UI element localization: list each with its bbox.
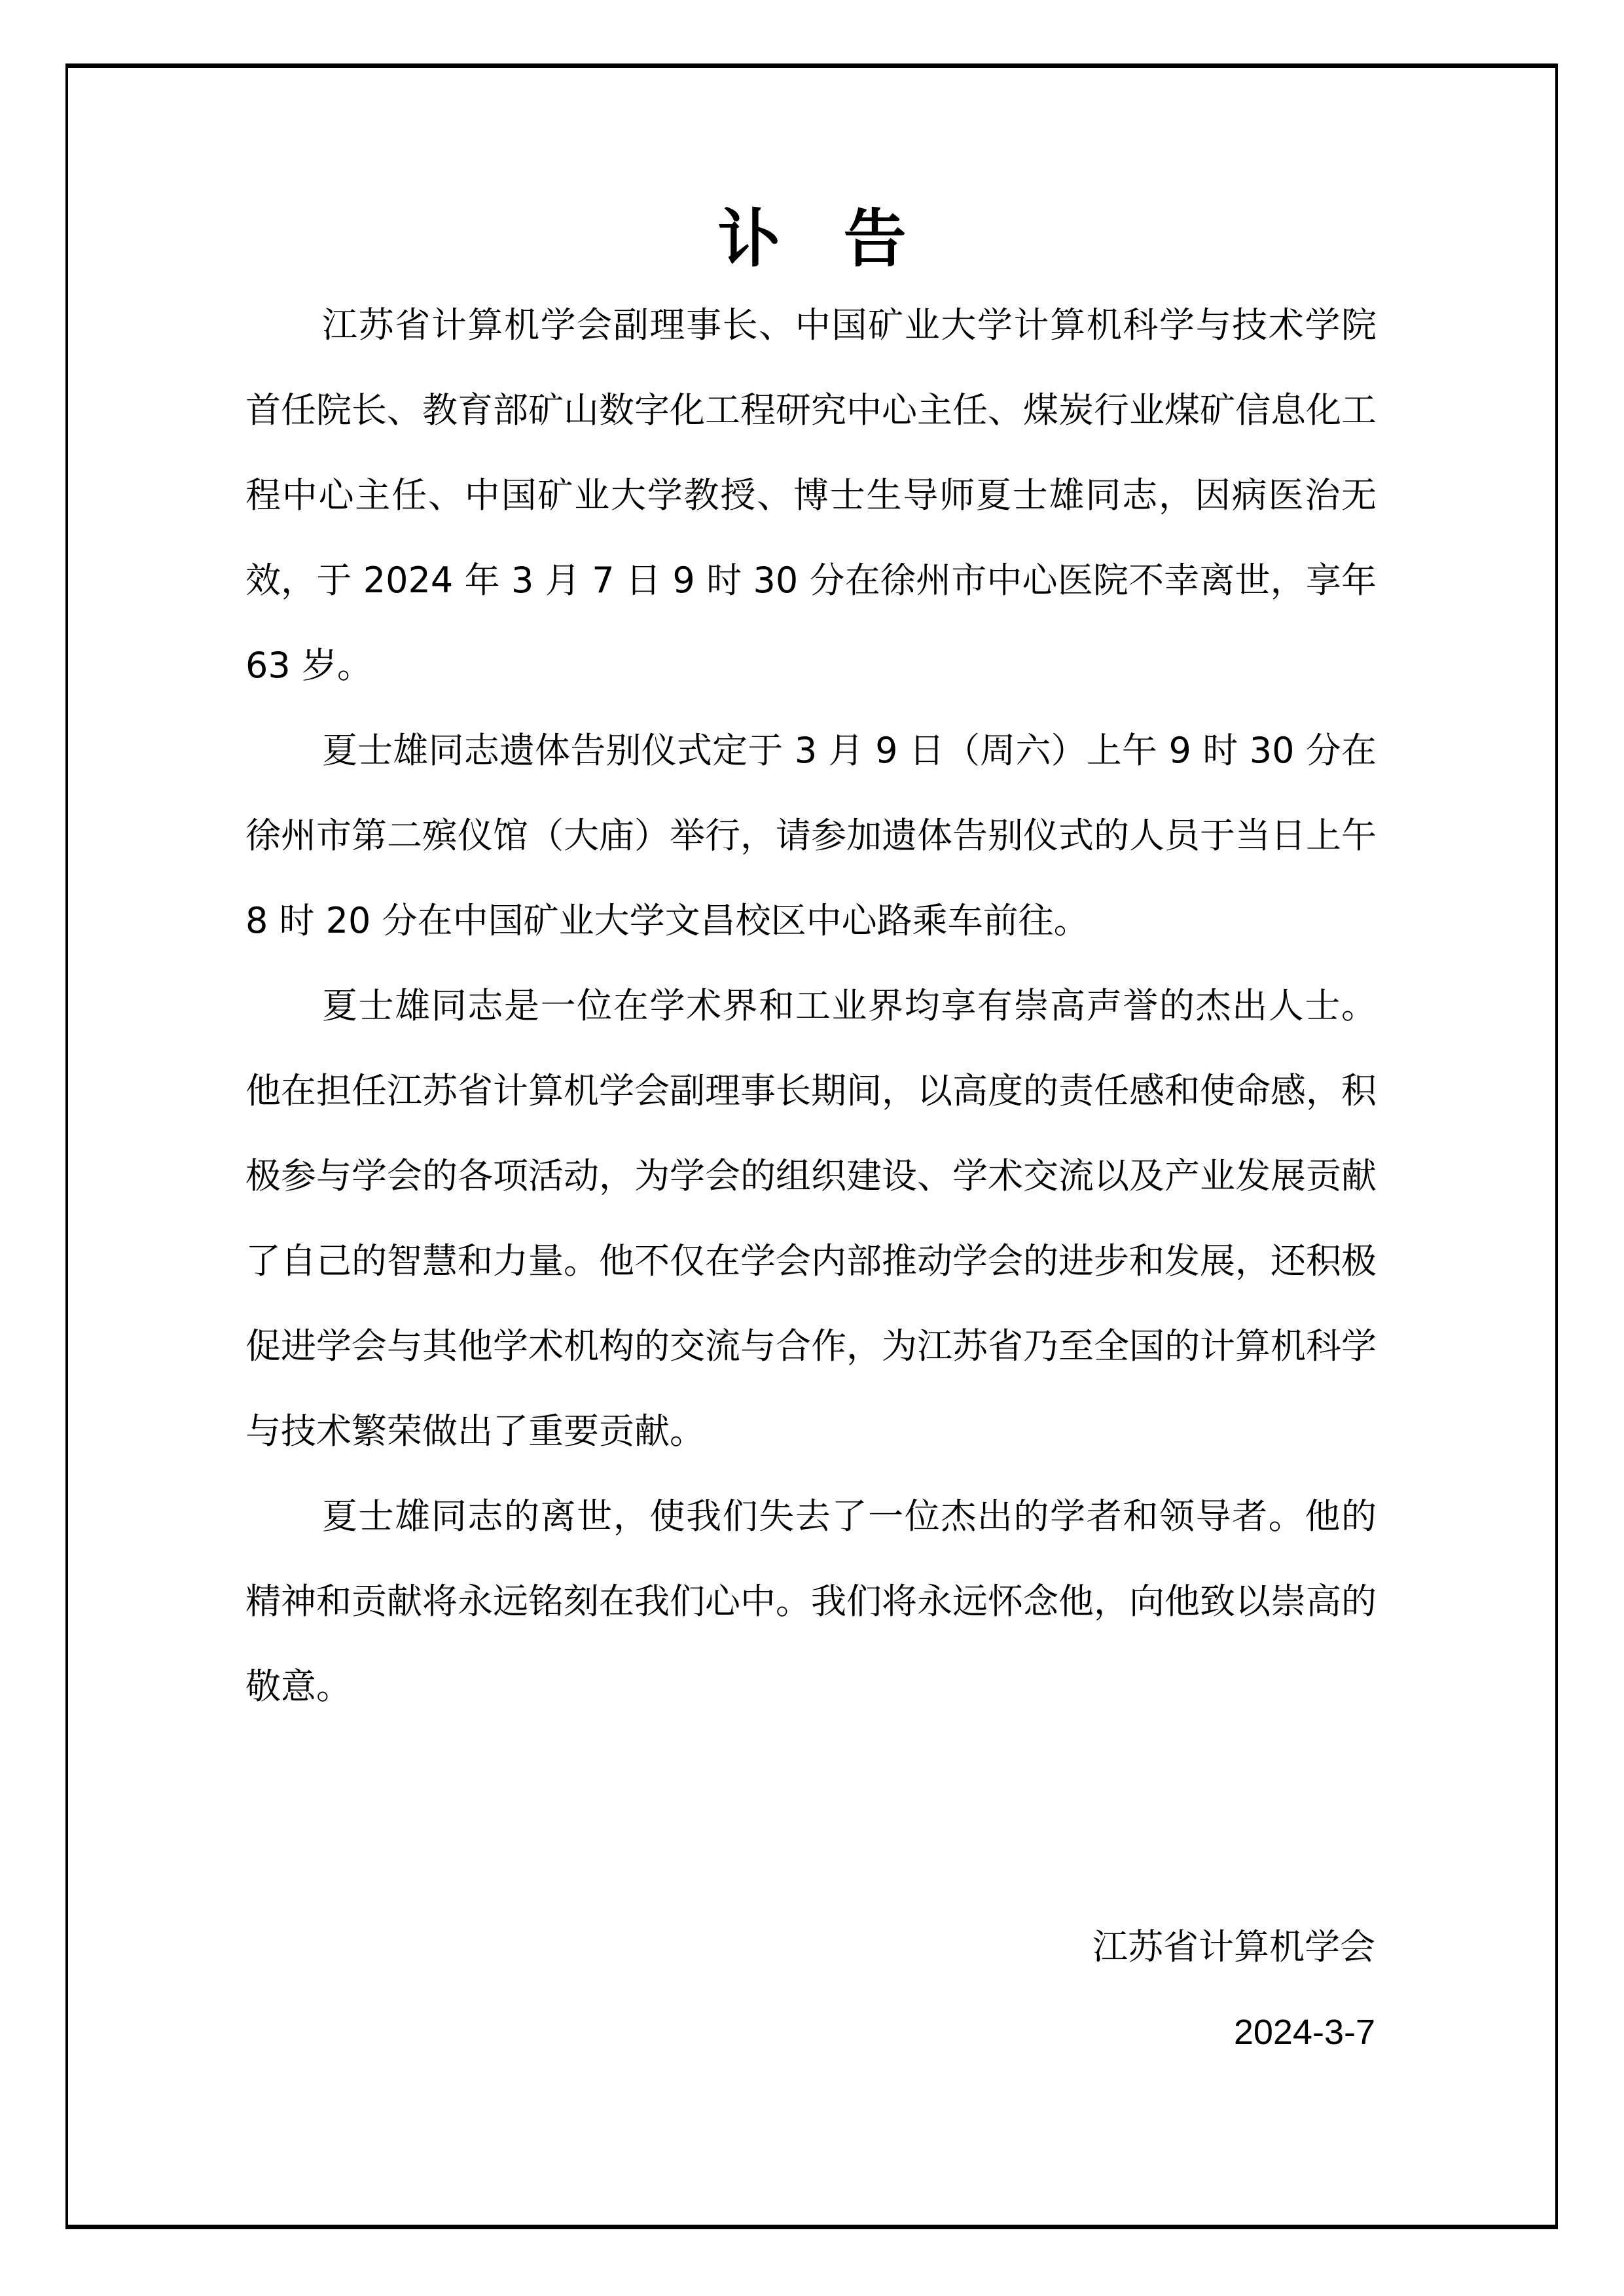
title-char-2: 告 — [844, 196, 907, 281]
paragraph-contributions: 夏士雄同志是一位在学术界和工业界均享有崇高声誉的杰出人士。他在担任江苏省计算机学… — [245, 963, 1377, 1474]
title-char-1: 讣 — [718, 196, 781, 281]
document-body: 江苏省计算机学会副理事长、中国矿业大学计算机科学与技术学院首任院长、教育部矿山数… — [245, 283, 1377, 1729]
paragraph-funeral-arrangement: 夏士雄同志遗体告别仪式定于 3 月 9 日（周六）上午 9 时 30 分在徐州市… — [245, 708, 1377, 963]
paragraph-death-announcement: 江苏省计算机学会副理事长、中国矿业大学计算机科学与技术学院首任院长、教育部矿山数… — [245, 283, 1377, 708]
paragraph-tribute: 夏士雄同志的离世，使我们失去了一位杰出的学者和领导者。他的精神和贡献将永远铭刻在… — [245, 1474, 1377, 1729]
signature-organization: 江苏省计算机学会 — [1092, 1905, 1375, 1990]
signature-date: 2024-3-7 — [1234, 1990, 1375, 2075]
document-title: 讣告 — [0, 196, 1624, 281]
